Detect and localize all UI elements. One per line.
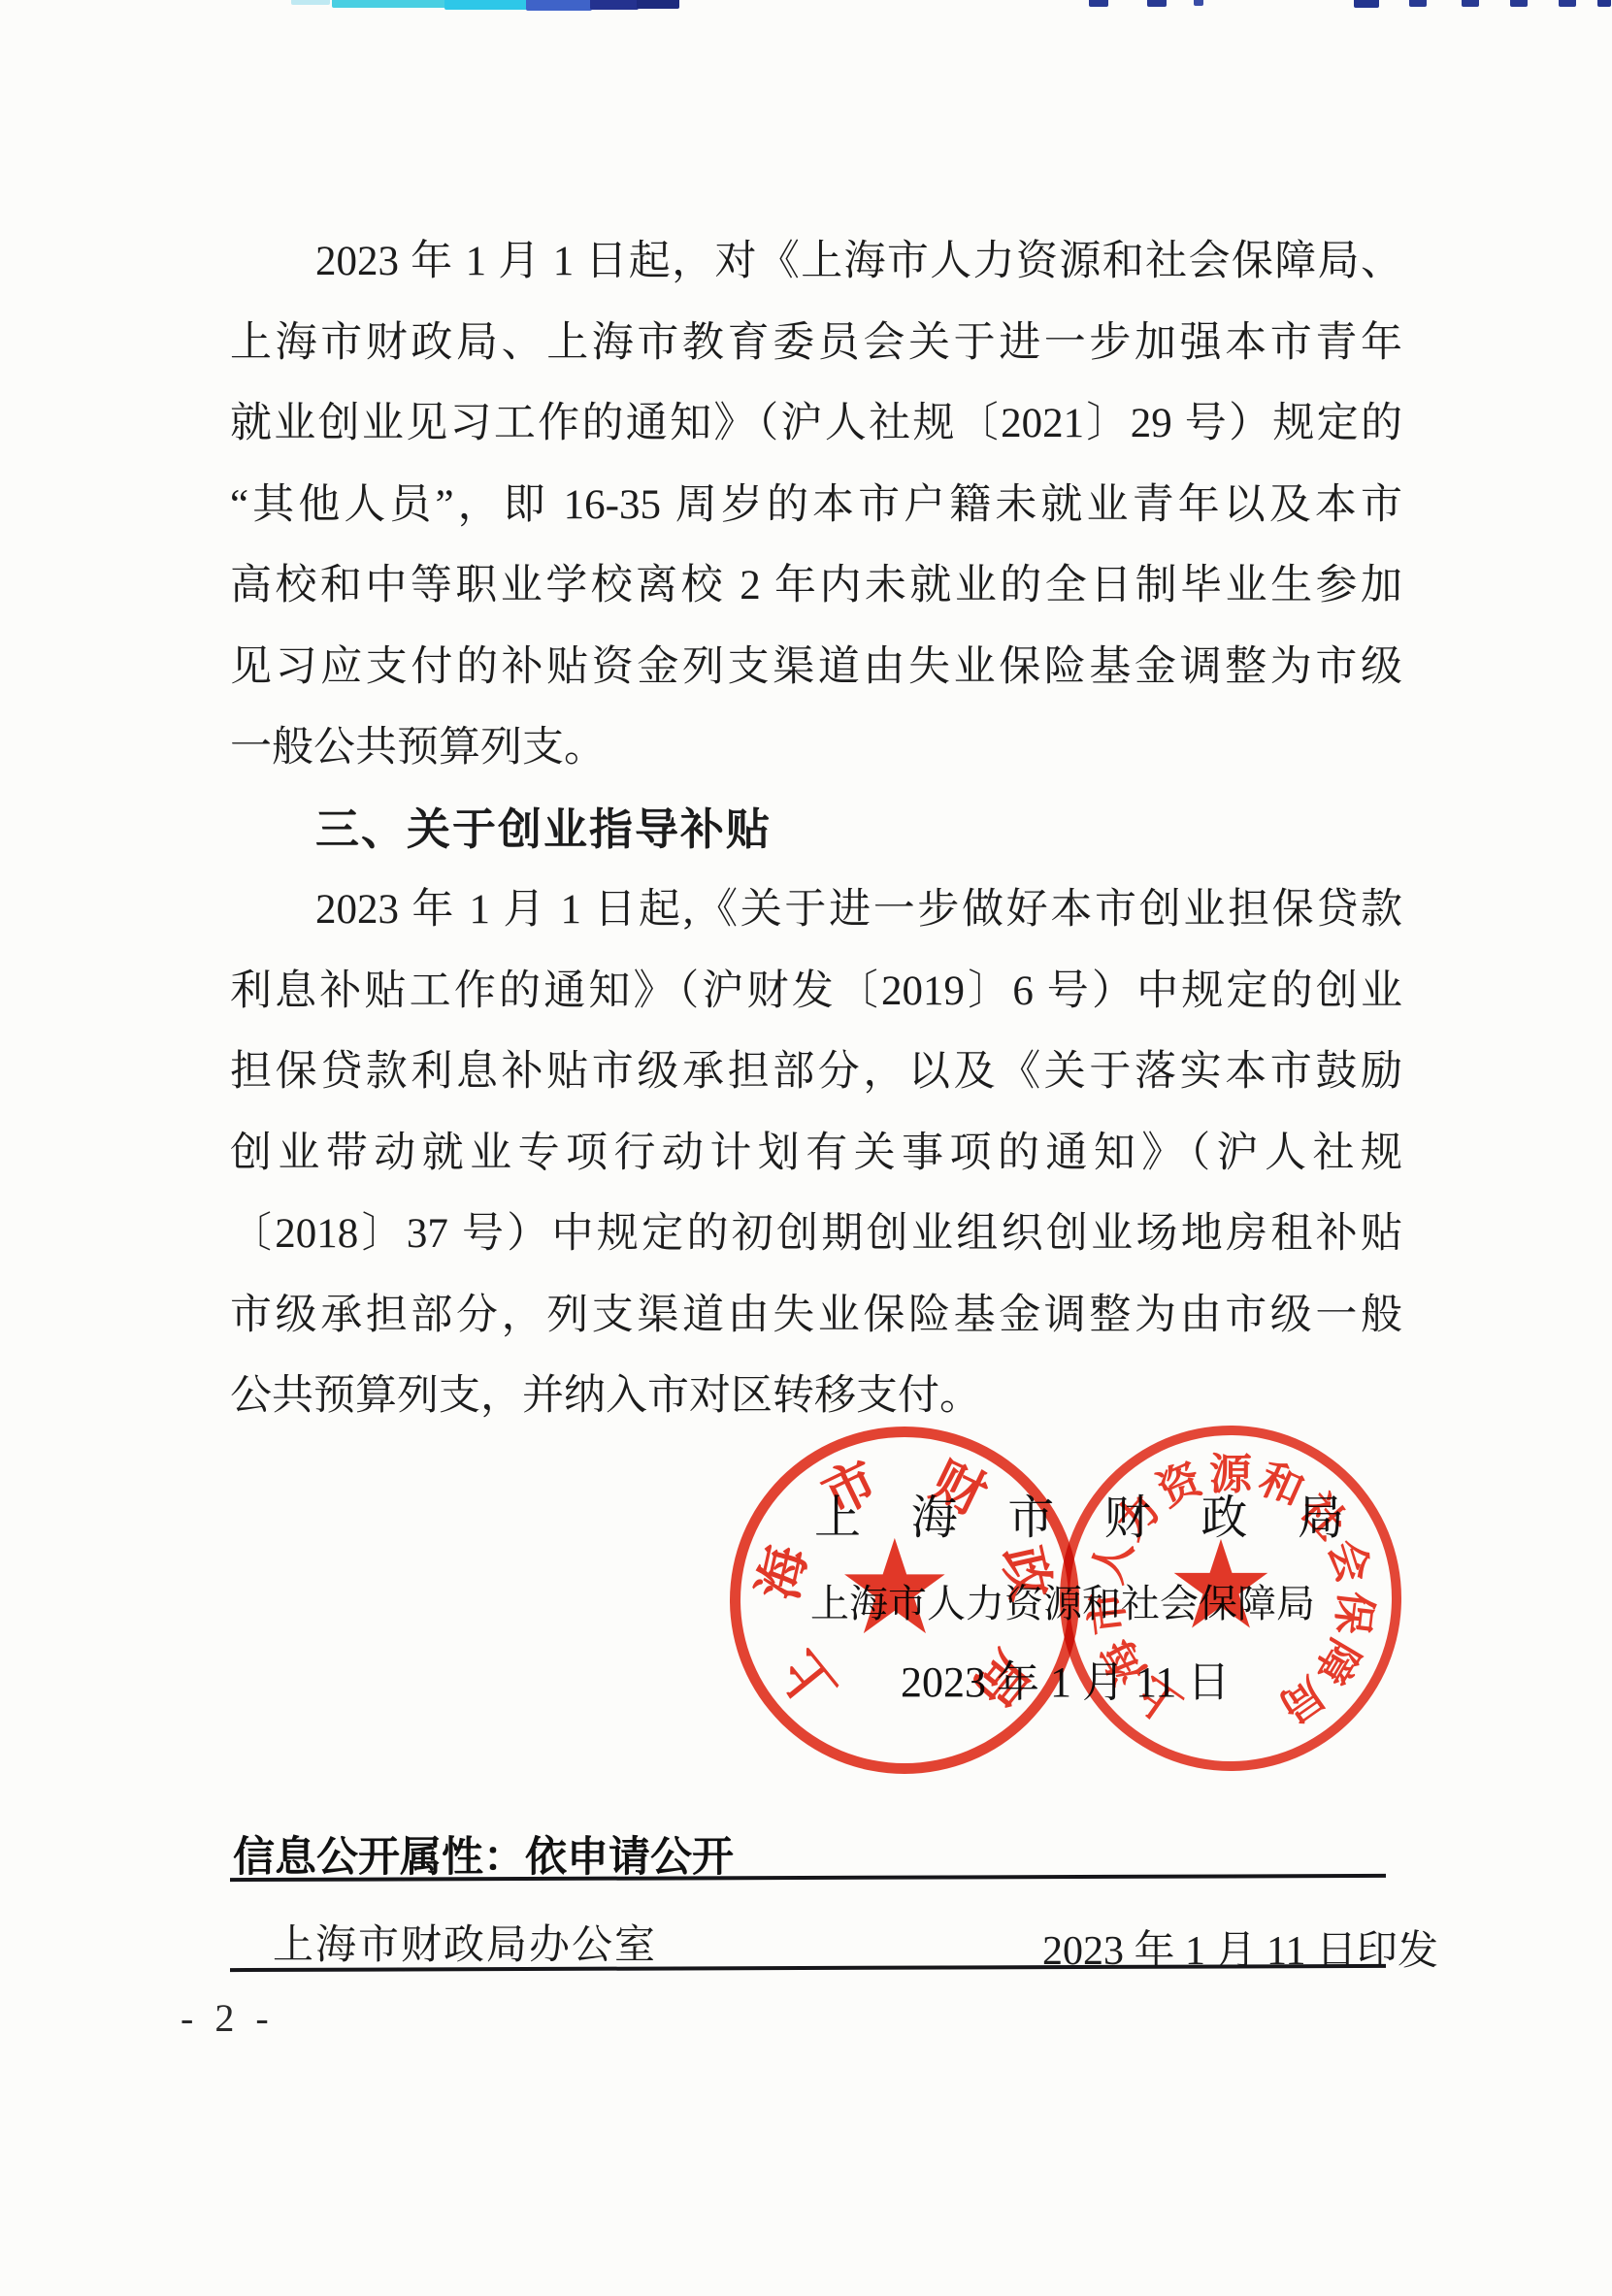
official-seal-hrss-bureau: ★ 上海市人力资源和社会保障局 (1060, 1426, 1401, 1771)
scan-artifact (1354, 0, 1379, 8)
body-line: 担保贷款利息补贴市级承担部分，以及《关于落实本市鼓励 (230, 1032, 1402, 1113)
scan-artifact (526, 0, 592, 11)
info-disclosure-line: 信息公开属性：依申请公开 (233, 1824, 734, 1884)
seal-star-icon: ★ (836, 1522, 953, 1653)
scanned-document-page: 2023 年 1 月 1 日起，对《上海市人力资源和社会保障局、上海市财政局、上… (0, 0, 1612, 2296)
scan-artifact (1559, 0, 1576, 7)
issuing-office: 上海市财政局办公室 (273, 1913, 657, 1971)
seal-ring-char: 政 (995, 1542, 1057, 1604)
scan-artifact (1147, 0, 1167, 7)
scan-artifact (1194, 0, 1203, 6)
document-body: 2023 年 1 月 1 日起，对《上海市人力资源和社会保障局、上海市财政局、上… (230, 221, 1402, 1437)
body-line: 高校和中等职业学校离校 2 年内未就业的全日制毕业生参加 (230, 545, 1402, 627)
scan-artifact (1409, 0, 1427, 7)
body-line: 见习应支付的补贴资金列支渠道由失业保险基金调整为市级 (230, 627, 1402, 708)
body-line: “其他人员”，即 16-35 周岁的本市户籍未就业青年以及本市 (230, 465, 1402, 546)
page-number: - 2 - (181, 1995, 275, 2041)
seal-ring-char: 源 (1209, 1454, 1252, 1496)
body-line: 一般公共预算列支。 (230, 707, 1402, 789)
scan-artifact (1089, 0, 1108, 7)
body-line: 市级承担部分，列支渠道由失业保险基金调整为由市级一般 (230, 1275, 1402, 1357)
body-line: 就业创业见习工作的通知》（沪人社规〔2021〕29 号）规定的 (230, 383, 1402, 465)
seal-ring-char: 上 (772, 1642, 845, 1716)
info-disclosure-value: 依申请公开 (525, 1834, 734, 1881)
scan-artifact (291, 0, 330, 5)
body-line: 公共预算列支，并纳入市对区转移支付。 (230, 1356, 1402, 1437)
scan-artifact (637, 0, 679, 9)
scan-artifact (332, 0, 446, 8)
seal-ring-char: 保 (1330, 1589, 1377, 1636)
body-line: 创业带动就业专项行动计划有关事项的通知》（沪人社规 (230, 1113, 1402, 1195)
section-heading: 三、关于创业指导补贴 (230, 789, 1402, 870)
seal-ring-char: 局 (964, 1642, 1037, 1716)
scan-artifact (444, 0, 530, 10)
seal-ring-char: 海 (752, 1542, 814, 1604)
seal-ring-char: 上 (1131, 1669, 1190, 1728)
body-line: 上海市财政局、上海市教育委员会关于进一步加强本市青年 (230, 303, 1402, 384)
body-line: 2023 年 1 月 1 日起,《关于进一步做好本市创业担保贷款 (230, 869, 1402, 951)
body-line: 2023 年 1 月 1 日起，对《上海市人力资源和社会保障局、 (230, 221, 1402, 303)
seal-ring-char: 和 (1253, 1458, 1309, 1514)
scan-artifact (1510, 0, 1528, 7)
seal-ring-char: 市 (1084, 1589, 1132, 1636)
scan-artifact (1597, 0, 1611, 7)
official-seal-finance-bureau: ★ 上海市财政局 (730, 1427, 1079, 1774)
scan-artifact (1462, 0, 1479, 7)
seal-ring-char: 资 (1152, 1458, 1208, 1514)
info-disclosure-label: 信息公开属性： (233, 1834, 525, 1881)
body-line: 利息补贴工作的通知》（沪财发〔2019〕6 号）中规定的创业 (230, 951, 1402, 1033)
scan-artifact (590, 0, 639, 10)
seal-ring-char: 力 (1108, 1487, 1168, 1547)
body-line: 〔2018〕37 号）中规定的初创期创业组织创业场地房租补贴 (230, 1194, 1402, 1275)
seal-ring-char: 局 (1271, 1669, 1331, 1728)
seal-star-icon: ★ (1167, 1525, 1276, 1647)
seal-ring-char: 社 (1293, 1487, 1353, 1547)
seal-ring-char: 人 (1086, 1534, 1139, 1588)
seal-ring-char: 会 (1322, 1534, 1375, 1588)
